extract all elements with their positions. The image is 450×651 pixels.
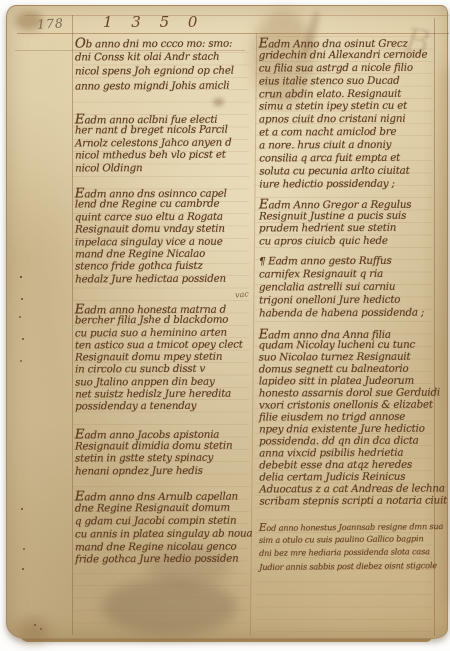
manuscript-text-line: Eadm Anno dna osinut Grecz — [259, 36, 439, 50]
manuscript-text-line: gridechin dni Allexandri cernoide — [259, 48, 439, 62]
manuscript-text-line: qudam Nicolay lucheni cu tunc — [259, 339, 439, 352]
manuscript-text-line: vxori cristonis onellonis & elizabet — [259, 399, 439, 412]
manuscript-text-line: inpelaca singulay vice a noue — [75, 235, 245, 248]
manuscript-text-line: in circolo cu suncb disst v — [75, 363, 245, 376]
manuscript-text-line: Ob anno dni mo ccco mo: smo: — [75, 36, 245, 51]
manuscript-text-line: bercher filia Jshe d blackdomo — [75, 314, 245, 327]
manuscript-text-line: crun abdin elato. Resignauit — [259, 87, 439, 101]
manuscript-text-line: anno gesto migndi Johis amicli — [75, 79, 245, 94]
entry-paragraph: Ob anno dni mo ccco mo: smo:dni Conss ki… — [75, 36, 245, 95]
manuscript-text-line: Judior annis sabbis post diebez oisnt st… — [259, 560, 439, 575]
manuscript-text-line: net suistz hedislz Jure heredita — [75, 388, 245, 401]
manuscript-text-line: nicol mthedus beh vlo picst et — [75, 149, 245, 162]
entry-paragraph-small-hand: Eod anno honestus Joannsab resigne dmn s… — [259, 519, 440, 575]
entry-paragraph: Eadm Anno dna osinut Greczgridechin dni … — [259, 36, 440, 192]
manuscript-text-line: prudem hedrient sue stetin — [259, 222, 439, 236]
manuscript-text-line: eius italie stenco suo Ducad — [259, 74, 439, 88]
manuscript-text-line: filie eiusdem no trigd annose — [259, 411, 439, 424]
manuscript-text-line: a nore. hrus ciuit a dnoniy — [259, 139, 439, 153]
manuscript-text-line: possidenday a tenenday — [75, 400, 245, 413]
manuscript-text-line: Eadm anno honesta matrna d — [75, 302, 245, 315]
manuscript-text-line: apnos ciuit dno cristani nigni — [259, 113, 439, 127]
manuscript-text-line: dni Conss kit olai Andr stach — [75, 50, 245, 65]
worn-corner — [17, 618, 49, 644]
manuscript-text-line: mand dne Regine nicolau genco — [75, 540, 245, 554]
manuscript-text-line: fride gothca Jure hedio possiden — [75, 553, 245, 567]
manuscript-text-line: scribam stepnis scripti a notaria ciuit — [259, 495, 439, 508]
manuscript-text-line: iure hedictio possidenday ; — [259, 177, 439, 191]
right-text-column: Eadm Anno dna osinut Greczgridechin dni … — [259, 6, 439, 638]
manuscript-text-line: Eadm anno dns osinnco capel — [75, 186, 245, 199]
manuscript-text-line: Aduocatus z a cat Andreas de lechna — [259, 483, 439, 496]
manuscript-text-line: lend dne Regine cu cambrde — [75, 198, 245, 211]
manuscript-text-line: henani opndez Jure hedis — [75, 464, 245, 477]
manuscript-text-line: nicol Oldingn — [75, 161, 245, 174]
manuscript-text-line: consilia q arca fuit empta et — [259, 152, 439, 166]
manuscript-text-line: mand dne Regine Nicalao — [75, 248, 245, 261]
manuscript-photo: B 178 1 3 5 0 Ob anno dni mo ccco mo: sm… — [0, 0, 450, 651]
manuscript-text-line: habenda de habena possidenda ; — [259, 306, 439, 320]
manuscript-text-line: Eadm anno dns Arnulb capellan — [75, 489, 245, 503]
manuscript-text-line: Eadm Anno Gregor a Regulus — [259, 197, 439, 211]
manuscript-text-line: simu a stetin ipey stetin cu et — [259, 100, 439, 114]
entry-paragraph: Eadm anno dns osinnco capellend dne Regi… — [75, 186, 246, 286]
manuscript-text-line: cu annis in platea singulay ab noua — [75, 527, 245, 541]
left-text-column: Ob anno dni mo ccco mo: smo:dni Conss ki… — [75, 6, 245, 638]
manuscript-text-line: Resignauit dimidia domu stetin — [75, 439, 245, 452]
manuscript-text-line: soluta cu pecunia arlto ciuitat — [259, 164, 439, 178]
manuscript-text-line: her nant d breget nicols Parcil — [75, 124, 245, 137]
parchment-page: B 178 1 3 5 0 Ob anno dni mo ccco mo: sm… — [6, 5, 448, 639]
entry-paragraph: ¶ Eadm anno gesto Ruffuscarnifex Resigna… — [259, 255, 439, 320]
manuscript-text-line: honesto assarnis dorol sue Gerduidi — [259, 387, 439, 400]
marginal-note-vacat: vac — [235, 289, 250, 299]
manuscript-text-line: nicol spens Joh egniond op chel — [75, 65, 245, 80]
manuscript-text-line: domus segnett cu balneatorio — [259, 363, 439, 376]
manuscript-text-line: stetin in gstte stety spinacy — [75, 452, 245, 465]
manuscript-text-line: dne Regine Resignauit domum — [75, 501, 245, 515]
manuscript-text-line: et a com nacht amiclod bre — [259, 126, 439, 140]
entry-paragraph: Eadm Anno Gregor a RegulusResignuit Just… — [259, 197, 439, 249]
manuscript-text-line: Eadm anno aclbni fue electi — [75, 112, 245, 125]
entry-paragraph: Eadm anno dns Arnulb capellandne Regine … — [75, 489, 245, 567]
folio-number: 178 — [37, 15, 65, 31]
manuscript-text-line: ¶ Eadm anno gesto Ruffus — [259, 255, 439, 269]
manuscript-text-line: carnifex Resignauit q ria — [259, 267, 439, 281]
manuscript-text-line: stenco fride gothca fuistz — [75, 260, 245, 273]
manuscript-text-line: npey dnia existente Jure hedictio — [259, 423, 439, 436]
manuscript-text-line: Resignauit domu vnday stetin — [75, 223, 245, 236]
manuscript-text-line: q gdam cui Jacobi compin stetin — [75, 514, 245, 528]
manuscript-text-line: suo Jtalino anppen din beay — [75, 375, 245, 388]
manuscript-text-line: Resignuit Justine a pucis suis — [259, 209, 439, 223]
manuscript-text-line: Eadm anno dna Anna filia — [259, 327, 439, 340]
entry-paragraph: Eadm anno Jacobs apistoniaResignauit dim… — [75, 427, 245, 478]
entry-paragraph: Eadm anno aclbni fue electiher nant d br… — [75, 112, 245, 175]
manuscript-text-line: lapideo sitt in platea Judeorum — [259, 375, 439, 388]
manuscript-text-line: Eadm anno Jacobs apistonia — [75, 427, 245, 440]
manuscript-text-line: Resignauit domu mpey stetin — [75, 351, 245, 364]
manuscript-text-line: delia certam Judicis Reinicus — [259, 471, 439, 484]
manuscript-text-line: possidenda. dd qn din dca dicta — [259, 435, 439, 448]
manuscript-text-line: quint carce suo eltu a Rogata — [75, 210, 245, 223]
manuscript-text-line: cu pucia suo a heminino arten — [75, 326, 245, 339]
manuscript-text-line: cu apros ciuicb quic hede — [259, 235, 439, 249]
manuscript-text-line: debebit esse dna atqz heredes — [259, 459, 439, 472]
manuscript-text-line: Arnolz celestons Jahco anyen d — [75, 136, 245, 149]
manuscript-text-line: cu filia sua astrgd a nicole filio — [259, 61, 439, 75]
manuscript-text-line: trigoni onelloni Jure hedicto — [259, 293, 439, 307]
manuscript-text-line: genclalia astrelli sui carniu — [259, 280, 439, 294]
entry-paragraph: Eadm anno dna Anna filiaqudam Nicolay lu… — [259, 327, 440, 508]
manuscript-text-line: hedalz Jure hedictaa possiden — [75, 272, 245, 285]
manuscript-text-line: Eod anno honestus Joannsab resigne dmn s… — [259, 519, 439, 534]
entry-paragraph: Eadm anno honesta matrna dbercher filia … — [75, 302, 246, 414]
manuscript-text-line: ten astico sua a tmicot opey clect — [75, 338, 245, 351]
deckle-edge-specks — [20, 276, 22, 278]
manuscript-text-line: suo Nicolao turnez Resignauit — [259, 351, 439, 364]
manuscript-text-line: anna vixcid psibilis hedrietia — [259, 447, 439, 460]
